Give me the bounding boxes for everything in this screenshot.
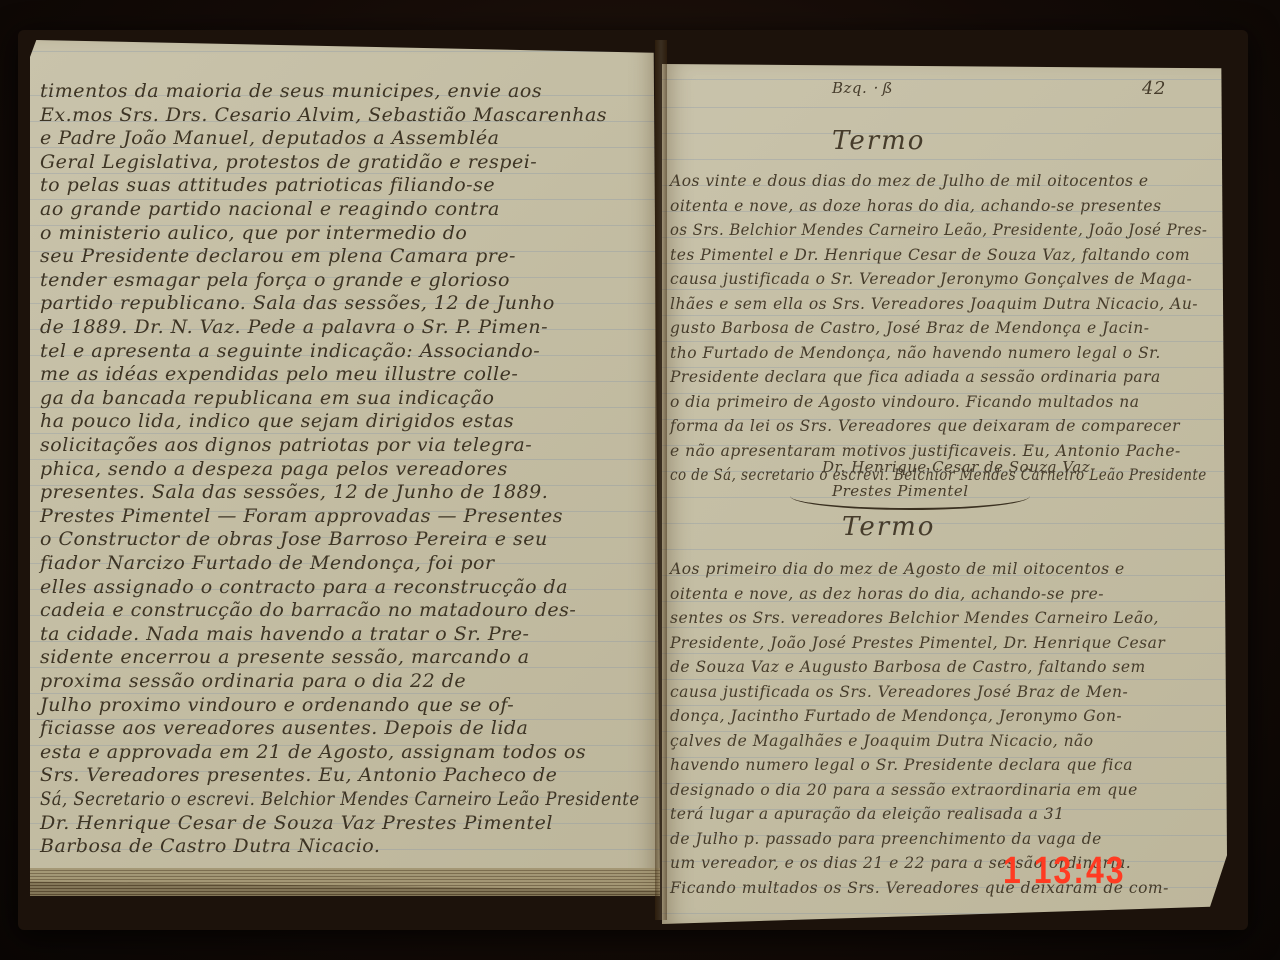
handwritten-line: Dr. Henrique Cesar de Souza Vaz Prestes … (40, 812, 553, 834)
header-mark: Bzq. ⸱ ß (832, 78, 893, 98)
left-page: timentos da maioria de seus municipes, e… (30, 40, 660, 890)
handwritten-line: ficiasse aos vereadores ausentes. Depois… (40, 717, 528, 739)
handwritten-line: Ex.mos Srs. Drs. Cesario Alvim, Sebastiã… (40, 104, 607, 126)
handwritten-line: designado o dia 20 para a sessão extraor… (670, 781, 1138, 799)
handwritten-line: fiador Narcizo Furtado de Mendonça, foi … (40, 552, 495, 574)
handwritten-line: Julho proximo vindouro e ordenando que s… (40, 694, 514, 716)
book-gutter (655, 40, 667, 920)
handwritten-line: ta cidade. Nada mais havendo a tratar o … (40, 623, 529, 645)
handwritten-line: causa justificada o Sr. Vereador Jeronym… (670, 270, 1192, 288)
handwritten-line: o ministerio aulico, que por intermedio … (40, 222, 467, 244)
handwritten-line: Aos primeiro dia do mez de Agosto de mil… (670, 560, 1125, 578)
handwritten-line: Presidente, João José Prestes Pimentel, … (670, 634, 1165, 652)
handwritten-line: de Souza Vaz e Augusto Barbosa de Castro… (670, 658, 1146, 676)
page-edges (30, 868, 660, 896)
handwritten-line: gusto Barbosa de Castro, José Braz de Me… (670, 319, 1149, 337)
handwritten-line: o dia primeiro de Agosto vindouro. Fican… (670, 393, 1140, 411)
handwritten-line: presentes. Sala das sessões, 12 de Junho… (40, 481, 548, 503)
handwritten-line: Aos vinte e dous dias do mez de Julho de… (670, 172, 1149, 190)
handwritten-line: e Padre João Manuel, deputados a Assembl… (40, 127, 499, 149)
handwritten-line: ga da bancada republicana em sua indicaç… (40, 387, 494, 409)
handwritten-line: tes Pimentel e Dr. Henrique Cesar de Sou… (670, 246, 1190, 264)
handwritten-line: cadeia e construcção do barracão no mata… (40, 599, 576, 621)
handwritten-line: Prestes Pimentel — Foram approvadas — Pr… (40, 505, 563, 527)
handwritten-line: proxima sessão ordinaria para o dia 22 d… (40, 670, 466, 692)
handwritten-line: Barbosa de Castro Dutra Nicacio. (40, 835, 380, 857)
handwritten-line: terá lugar a apuração da eleição realisa… (670, 805, 1065, 823)
handwritten-line: donça, Jacintho Furtado de Mendonça, Jer… (670, 707, 1122, 725)
camera-timestamp: 1 13:43 (1003, 848, 1126, 892)
handwritten-line: sidente encerrou a presente sessão, marc… (40, 646, 530, 668)
handwritten-line: tho Furtado de Mendonça, não havendo num… (670, 344, 1161, 362)
handwritten-line: oitenta e nove, as dez horas do dia, ach… (670, 585, 1104, 603)
handwritten-line: causa justificada os Srs. Vereadores Jos… (670, 683, 1128, 701)
handwritten-line: os Srs. Belchior Mendes Carneiro Leão, P… (670, 221, 1207, 239)
signature-flourish (790, 482, 1030, 510)
signature-vaz: Dr. Henrique Cesar de Souza Vaz (822, 458, 1090, 476)
handwritten-line: tel e apresenta a seguinte indicação: As… (40, 340, 540, 362)
handwritten-line: ha pouco lida, indico que sejam dirigido… (40, 410, 514, 432)
handwritten-line: seu Presidente declarou em plena Camara … (40, 245, 516, 267)
handwritten-line: me as idéas expendidas pelo meu illustre… (40, 363, 518, 385)
handwritten-line: phica, sendo a despeza paga pelos veread… (40, 458, 508, 480)
entry-title-1: Termo (832, 126, 925, 156)
handwritten-line: solicitações aos dignos patriotas por vi… (40, 434, 532, 456)
handwritten-line: timentos da maioria de seus municipes, e… (40, 80, 542, 102)
handwritten-line: Presidente declara que fica adiada a ses… (670, 368, 1161, 386)
handwritten-line: sentes os Srs. vereadores Belchior Mende… (670, 609, 1159, 627)
handwritten-line: esta e approvada em 21 de Agosto, assign… (40, 741, 586, 763)
handwritten-line: partido republicano. Sala das sessões, 1… (40, 292, 555, 314)
page-number: 42 (1142, 78, 1166, 99)
entry-title-2: Termo (842, 512, 935, 542)
handwritten-line: to pelas suas attitudes patrioticas fili… (40, 174, 495, 196)
handwritten-line: de 1889. Dr. N. Vaz. Pede a palavra o Sr… (40, 316, 548, 338)
handwritten-line: oitenta e nove, as doze horas do dia, ac… (670, 197, 1162, 215)
handwritten-line: Sá, Secretario o escrevi. Belchior Mende… (40, 788, 640, 810)
right-page: Bzq. ⸱ ß 42 Termo Aos vinte e dous dias … (662, 64, 1227, 924)
handwritten-line: ao grande partido nacional e reagindo co… (40, 198, 500, 220)
handwritten-line: çalves de Magalhães e Joaquim Dutra Nica… (670, 732, 1094, 750)
handwritten-line: Geral Legislativa, protestos de gratidão… (40, 151, 537, 173)
handwritten-line: elles assignado o contracto para a recon… (40, 576, 568, 598)
handwritten-line: lhães e sem ella os Srs. Vereadores Joaq… (670, 295, 1198, 313)
handwritten-line: e não apresentaram motivos justificaveis… (670, 442, 1181, 460)
handwritten-line: o Constructor de obras Jose Barroso Pere… (40, 528, 548, 550)
handwritten-line: havendo numero legal o Sr. Presidente de… (670, 756, 1133, 774)
handwritten-line: forma da lei os Srs. Vereadores que deix… (670, 417, 1180, 435)
handwritten-line: de Julho p. passado para preenchimento d… (670, 830, 1102, 848)
handwritten-line: Srs. Vereadores presentes. Eu, Antonio P… (40, 764, 557, 786)
handwritten-line: tender esmagar pela força o grande e glo… (40, 269, 510, 291)
